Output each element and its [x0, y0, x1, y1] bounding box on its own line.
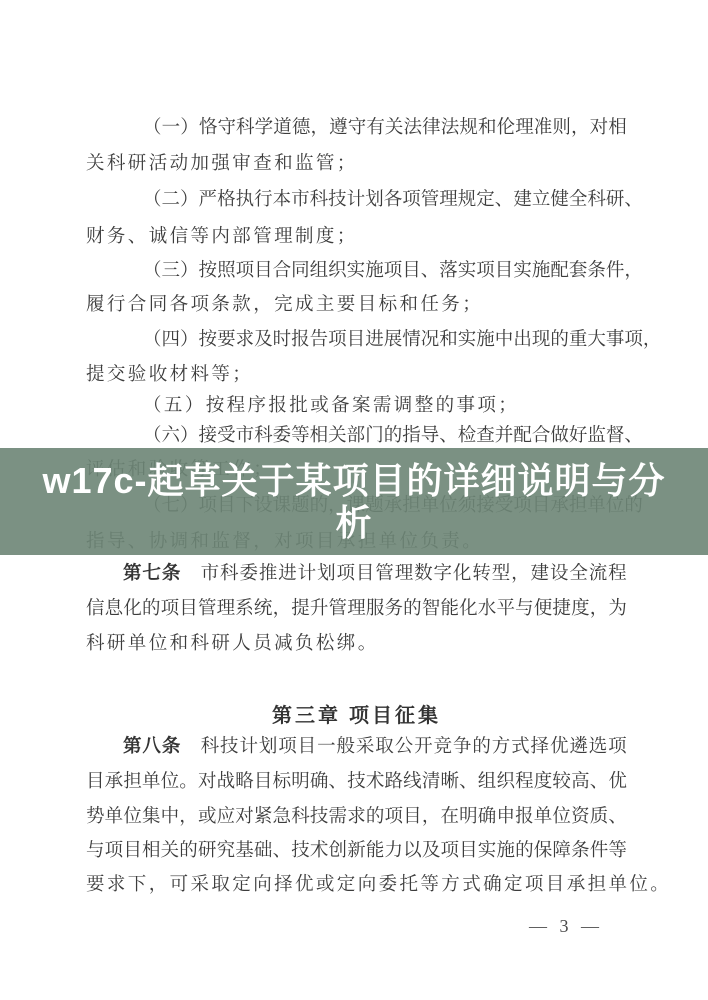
doc-line: （三）按照项目合同组织实施项目、落实项目实施配套条件， [86, 259, 627, 284]
doc-line: 财务、诚信等内部管理制度； [86, 225, 627, 250]
chapter-heading: 第三章 项目征集 [86, 699, 627, 728]
doc-line: （五）按程序报批或备案需调整的事项； [86, 394, 627, 419]
doc-line-article-7: 第七条 市科委推进计划项目管理数字化转型，建设全流程 [86, 562, 627, 587]
doc-line: （一）恪守科学道德，遵守有关法律法规和伦理准则，对相 [86, 116, 627, 141]
banner-title: w17c-起草关于某项目的详细说明与分析 [40, 460, 668, 544]
doc-line: （二）严格执行本市科技计划各项管理规定、建立健全科研、 [86, 188, 627, 213]
doc-line: 关科研活动加强审查和监管； [86, 152, 627, 177]
doc-line: 提交验收材料等； [86, 363, 627, 388]
doc-line: 与项目相关的研究基础、技术创新能力以及项目实施的保障条件等 [86, 839, 627, 864]
watermark-banner: w17c-起草关于某项目的详细说明与分析 [0, 448, 708, 555]
scanned-document-page: （一）恪守科学道德，遵守有关法律法规和伦理准则，对相 关科研活动加强审查和监管；… [0, 0, 708, 1000]
page-number: — 3 — [529, 916, 603, 937]
doc-line: 信息化的项目管理系统，提升管理服务的智能化水平与便捷度，为 [86, 597, 627, 622]
doc-line: 势单位集中，或应对紧急科技需求的项目，在明确申报单位资质、 [86, 805, 627, 830]
doc-line: 履行合同各项条款，完成主要目标和任务； [86, 293, 627, 318]
doc-line: （四）按要求及时报告项目进展情况和实施中出现的重大事项， [86, 328, 627, 353]
doc-line: 要求下，可采取定向择优或定向委托等方式确定项目承担单位。 [86, 873, 627, 898]
doc-line: 科研单位和科研人员减负松绑。 [86, 632, 627, 657]
doc-line: 目承担单位。对战略目标明确、技术路线清晰、组织程度较高、优 [86, 770, 627, 795]
doc-line-article-8: 第八条 科技计划项目一般采取公开竞争的方式择优遴选项 [86, 735, 627, 760]
doc-line: （六）接受市科委等相关部门的指导、检查并配合做好监督、 [86, 424, 627, 449]
